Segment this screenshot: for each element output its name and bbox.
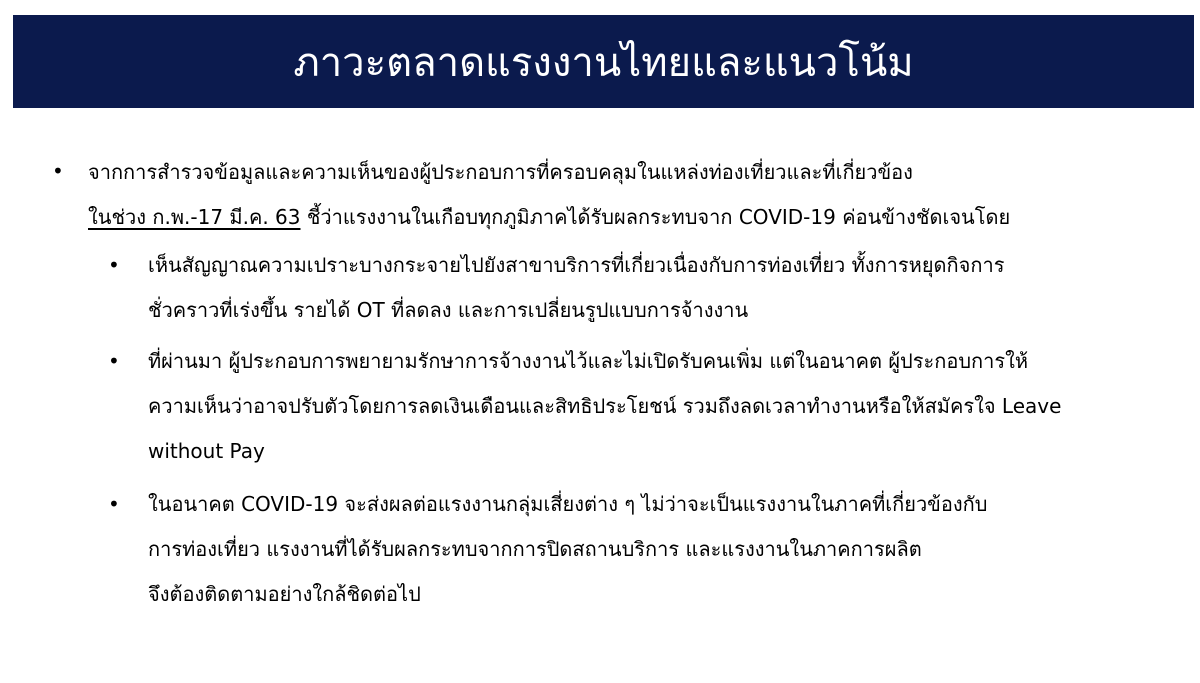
sub-bullet-1-line-1: เห็นสัญญาณความเปราะบางกระจายไปยังสาขาบริ… (148, 243, 1108, 288)
sub-bullet-2: • ที่ผ่านมา ผู้ประกอบการพยายามรักษาการจ้… (108, 339, 1108, 474)
sub-bullet-2-line-1: ที่ผ่านมา ผู้ประกอบการพยายามรักษาการจ้าง… (148, 339, 1108, 384)
sub-bullet-1-line-2: ชั่วคราวที่เร่งขึ้น รายได้ OT ที่ลดลง แล… (148, 288, 1108, 333)
sub-bullet-3-line-1: ในอนาคต COVID-19 จะส่งผลต่อแรงงานกลุ่มเส… (148, 482, 1108, 527)
sub-bullet-2-line-3: without Pay (148, 429, 1108, 474)
date-range-underlined: ในช่วง ก.พ.-17 มี.ค. 63 (88, 205, 300, 229)
main-bullet-text: จากการสำรวจข้อมูลและความเห็นของผู้ประกอบ… (88, 150, 1152, 240)
sub-bullet-3-line-2: การท่องเที่ยว แรงงานที่ได้รับผลกระทบจากก… (148, 527, 1108, 572)
main-bullet-line-2: ในช่วง ก.พ.-17 มี.ค. 63 ชี้ว่าแรงงานในเก… (88, 195, 1152, 240)
main-bullet-line-2-rest: ชี้ว่าแรงงานในเกือบทุกภูมิภาคได้รับผลกระ… (300, 205, 1010, 229)
title-band: ภาวะตลาดแรงงานไทยและแนวโน้ม (13, 15, 1194, 108)
slide-title: ภาวะตลาดแรงงานไทยและแนวโน้ม (293, 41, 913, 83)
sub-bullet-2-text: ที่ผ่านมา ผู้ประกอบการพยายามรักษาการจ้าง… (148, 339, 1108, 474)
main-bullet: • จากการสำรวจข้อมูลและความเห็นของผู้ประก… (52, 150, 1152, 240)
sub-bullet-1: • เห็นสัญญาณความเปราะบางกระจายไปยังสาขาบ… (108, 243, 1108, 333)
sub-bullet-3-text: ในอนาคต COVID-19 จะส่งผลต่อแรงงานกลุ่มเส… (148, 482, 1108, 617)
bullet-dot-icon: • (108, 243, 120, 288)
main-bullet-line-1: จากการสำรวจข้อมูลและความเห็นของผู้ประกอบ… (88, 150, 1152, 195)
bullet-dot-icon: • (52, 149, 64, 194)
bullet-dot-icon: • (108, 339, 120, 384)
sub-bullet-2-line-2: ความเห็นว่าอาจปรับตัวโดยการลดเงินเดือนแล… (148, 384, 1108, 429)
sub-bullet-1-text: เห็นสัญญาณความเปราะบางกระจายไปยังสาขาบริ… (148, 243, 1108, 333)
sub-bullet-3: • ในอนาคต COVID-19 จะส่งผลต่อแรงงานกลุ่ม… (108, 482, 1108, 617)
bullet-dot-icon: • (108, 482, 120, 527)
sub-bullet-3-line-3: จึงต้องติดตามอย่างใกล้ชิดต่อไป (148, 572, 1108, 617)
